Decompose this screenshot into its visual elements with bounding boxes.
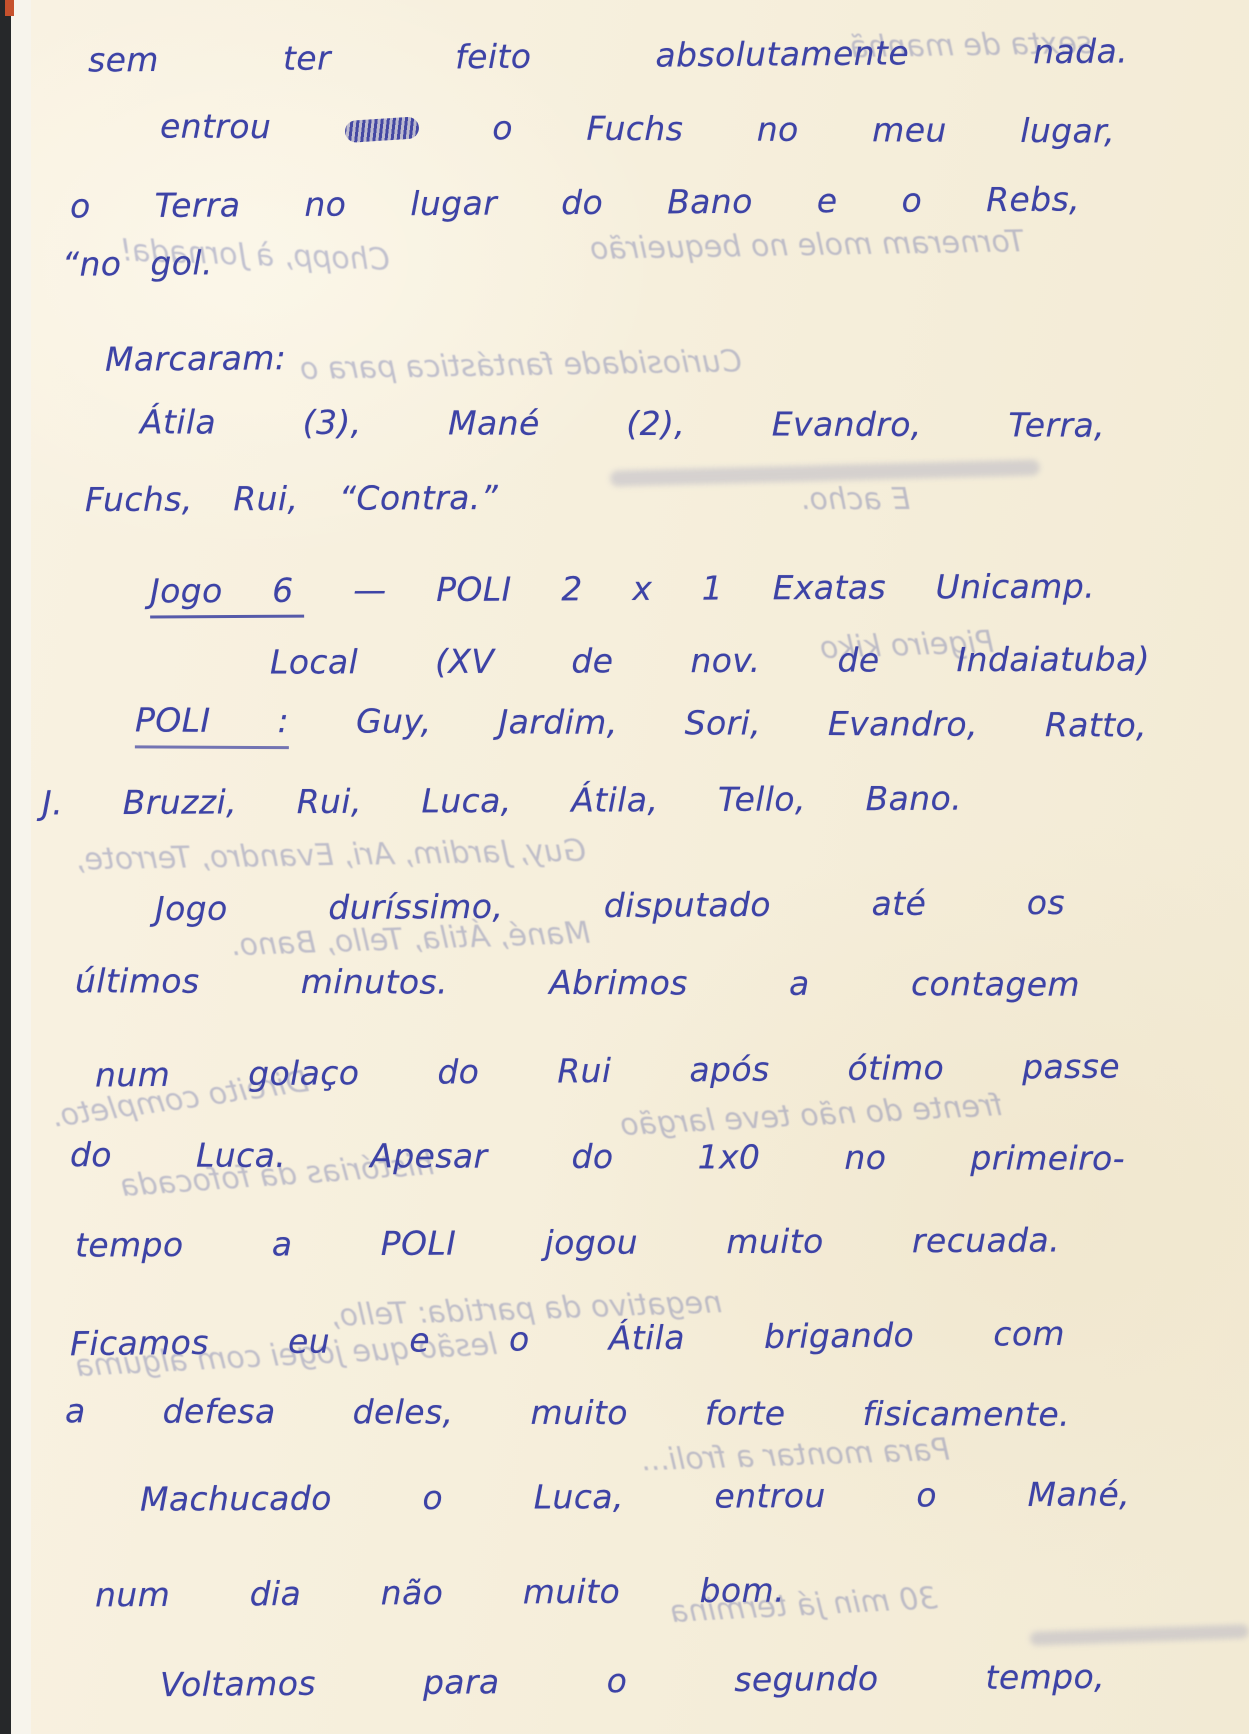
bleedthrough-text: E acho. (800, 482, 910, 517)
ink-smudge (1030, 1624, 1249, 1646)
bleedthrough-text: Torneram mole no bequeirão (590, 224, 1025, 267)
handwritten-line-14: num golaço do Rui após ótimo passe (95, 1046, 1120, 1096)
lineup-text: Guy, Jardim, Sori, Evandro, Ratto, (356, 702, 1147, 745)
handwritten-line-2: entrou o Fuchs no meu lugar, (160, 106, 1115, 152)
bleedthrough-text: frente do não teve largão (619, 1088, 1003, 1143)
handwritten-line-21: Voltamos para o segundo tempo, (160, 1656, 1105, 1705)
handwritten-line-6: Átila (3), Mané (2), Evandro, Terra, (140, 401, 1105, 446)
handwritten-line-17: Ficamos eu e o Átila brigando com (70, 1313, 1065, 1365)
paper-edge-strip (11, 0, 31, 1734)
ink-scribble (344, 116, 419, 143)
bleedthrough-text: Curiosidade fantástica para o (300, 344, 742, 387)
handwritten-line-3: o Terra no lugar do Bano e o Rebs, (70, 178, 1080, 226)
handwritten-line-9: Local (XV de nov. de Indaiatuba) (270, 638, 1150, 682)
handwritten-line-20: num dia não muito bom. (95, 1570, 785, 1616)
scan-artifact-red-mark (5, 0, 14, 16)
scanner-edge-strip (0, 0, 11, 1734)
handwritten-line-19: Machucado o Luca, entrou o Mané, (140, 1473, 1130, 1519)
handwritten-line-1: sem ter feito absolutamente nada. (88, 30, 1128, 80)
line-2-text-before-scribble: entrou (160, 107, 271, 147)
handwritten-line-5: Marcaram: (105, 337, 287, 380)
handwritten-line-16: tempo a POLI jogou muito recuada. (75, 1219, 1060, 1265)
bleedthrough-text: Para montar a froli... (639, 1433, 950, 1479)
scanned-page: sexta de manhã Chopp, à Jornada! Tornera… (0, 0, 1249, 1734)
handwritten-line-18: a defesa deles, muito forte fisicamente. (65, 1390, 1070, 1435)
team-label-underlined: POLI : (135, 700, 289, 749)
line-2-text-after-scribble: o Fuchs no meu lugar, (492, 108, 1115, 150)
handwritten-line-8: Jogo 6 — POLI 2 x 1 Exatas Unicamp. (150, 566, 1095, 612)
score-line-text: — POLI 2 x 1 Exatas Unicamp. (353, 567, 1095, 610)
handwritten-line-15: do Luca. Apesar do 1x0 no primeiro- (70, 1134, 1125, 1179)
handwritten-line-4: “no gol. (62, 242, 213, 285)
handwritten-line-13: últimos minutos. Abrimos a contagem (75, 960, 1080, 1005)
handwritten-line-12: Jogo duríssimo, disputado até os (155, 882, 1065, 930)
bleedthrough-text: Guy, Jardim, Ari, Evandro, Terrote, (75, 834, 587, 878)
game-heading-underlined: Jogo 6 (150, 571, 304, 619)
handwritten-line-10: POLI : Guy, Jardim, Sori, Evandro, Ratto… (135, 699, 1147, 746)
handwritten-line-11: J. Bruzzi, Rui, Luca, Átila, Tello, Bano… (42, 778, 962, 824)
handwritten-line-7: Fuchs, Rui, “Contra.” (85, 477, 498, 520)
